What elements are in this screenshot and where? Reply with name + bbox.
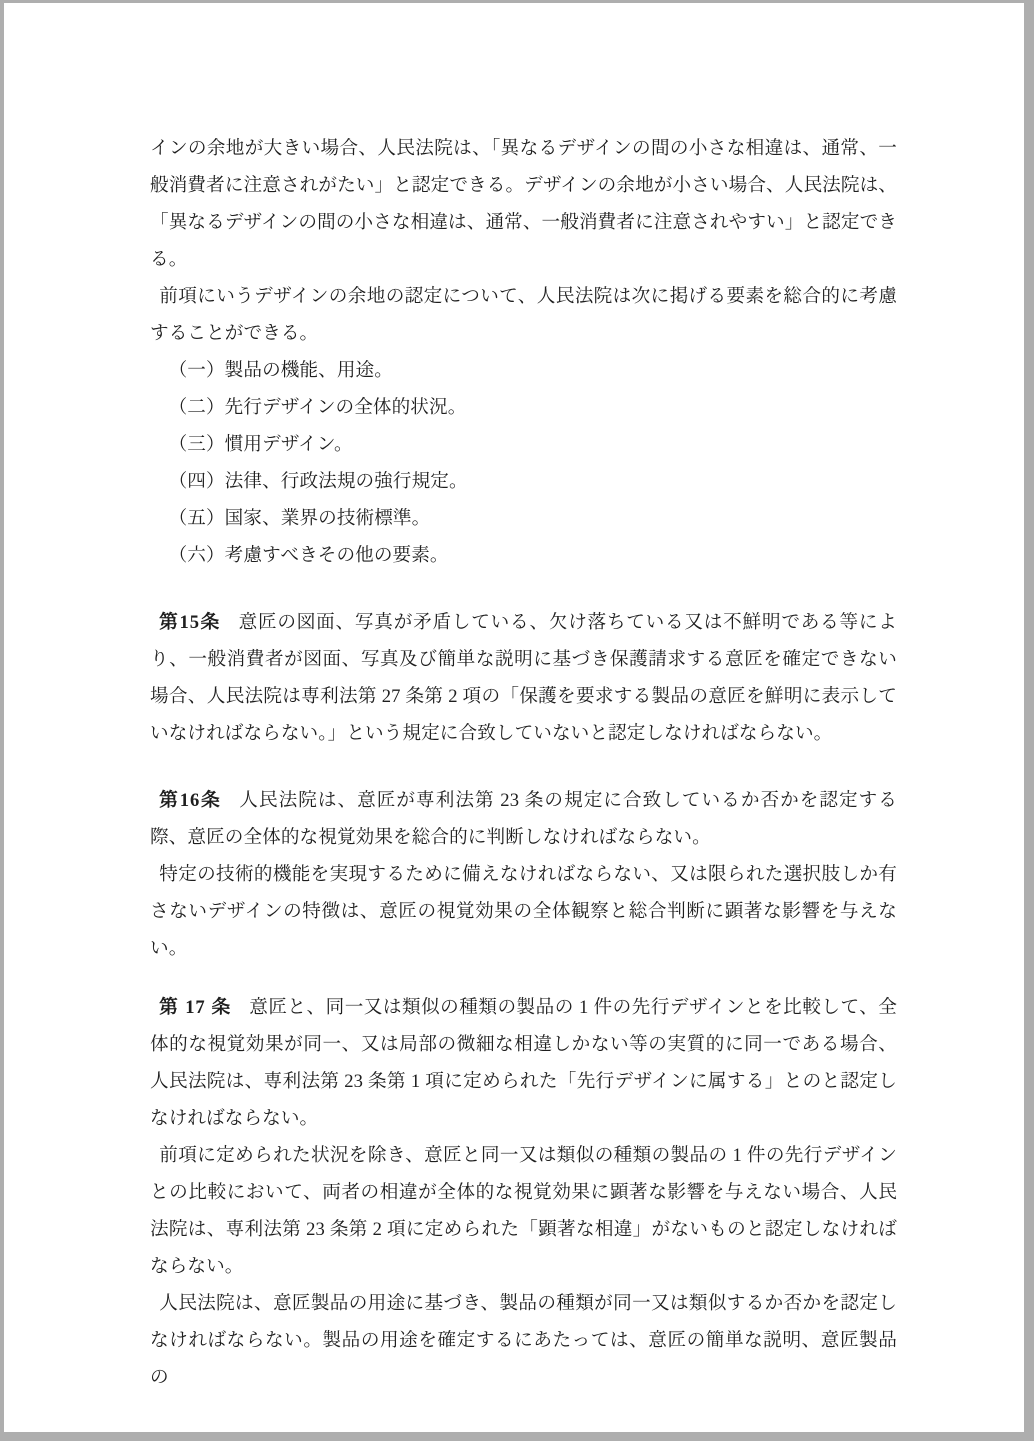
article-16-label: 第16条: [159, 790, 221, 811]
factors-list: （一）製品の機能、用途。 （二）先行デザインの全体的状況。 （三）慣用デザイン。…: [150, 352, 897, 574]
article-17-text: 意匠と、同一又は類似の種類の製品の 1 件の先行デザインとを比較して、全体的な視…: [150, 997, 897, 1129]
document-content: インの余地が大きい場合、人民法院は、「異なるデザインの間の小さな相違は、通常、一…: [150, 130, 897, 1396]
factor-item-4: （四）法律、行政法規の強行規定。: [150, 463, 897, 500]
article-17-paragraph-2: 前項に定められた状況を除き、意匠と同一又は類似の種類の製品の 1 件の先行デザイ…: [150, 1137, 897, 1285]
viewer-background: { "page": { "surround_color": "#aeaeae",…: [0, 0, 1034, 1441]
factor-item-1: （一）製品の機能、用途。: [150, 352, 897, 389]
factor-item-5: （五）国家、業界の技術標準。: [150, 500, 897, 537]
article-17-paragraph-3: 人民法院は、意匠製品の用途に基づき、製品の種類が同一又は類似するか否かを認定しな…: [150, 1285, 897, 1396]
factor-item-3: （三）慣用デザイン。: [150, 426, 897, 463]
article-17-paragraph-1: 第 17 条意匠と、同一又は類似の種類の製品の 1 件の先行デザインとを比較して…: [150, 989, 897, 1137]
article-16-paragraph-2: 特定の技術的機能を実現するために備えなければならない、又は限られた選択肢しか有さ…: [150, 856, 897, 967]
factor-item-6: （六）考慮すべきその他の要素。: [150, 537, 897, 574]
article-17-label: 第 17 条: [159, 997, 231, 1018]
paragraph-design-scope-factors: 前項にいうデザインの余地の認定について、人民法院は次に掲げる要素を総合的に考慮す…: [150, 278, 897, 352]
article-15-text: 意匠の図面、写真が矛盾している、欠け落ちている又は不鮮明である等により、一般消費…: [150, 612, 897, 744]
document-page: インの余地が大きい場合、人民法院は、「異なるデザインの間の小さな相違は、通常、一…: [4, 3, 1024, 1432]
article-15-label: 第15条: [159, 612, 221, 633]
article-16-text: 人民法院は、意匠が専利法第 23 条の規定に合致しているか否かを認定する際、意匠…: [150, 790, 897, 848]
article-16-paragraph-1: 第16条人民法院は、意匠が専利法第 23 条の規定に合致しているか否かを認定する…: [150, 782, 897, 856]
continued-paragraph: インの余地が大きい場合、人民法院は、「異なるデザインの間の小さな相違は、通常、一…: [150, 130, 897, 278]
article-15-paragraph-1: 第15条意匠の図面、写真が矛盾している、欠け落ちている又は不鮮明である等により、…: [150, 604, 897, 752]
factor-item-2: （二）先行デザインの全体的状況。: [150, 389, 897, 426]
